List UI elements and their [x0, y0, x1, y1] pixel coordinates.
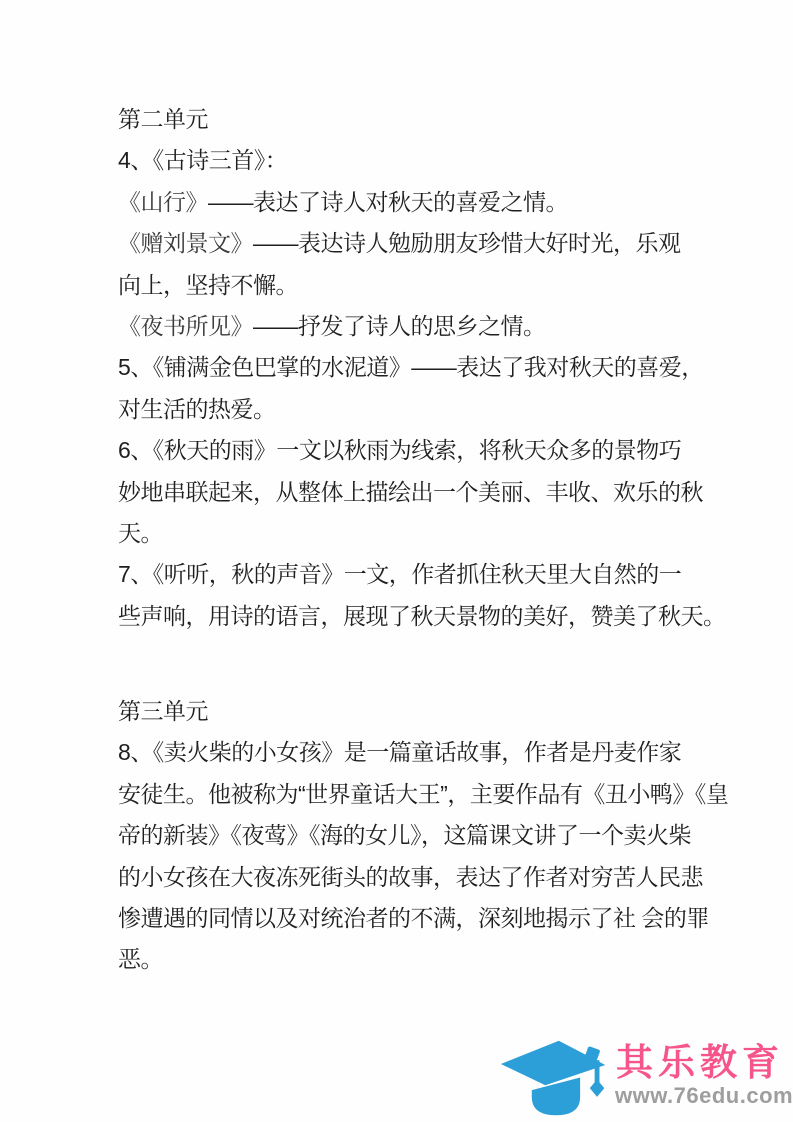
text-line: 对生活的热爱。 [118, 389, 684, 430]
text-line: 的小女孩在大夜冻死街头的故事，表达了作者对穷苦人民悲 [118, 857, 684, 898]
line-text: 天。 [118, 520, 163, 546]
line-text: 7、《听听，秋的声音》一文，作者抓住秋天里大自然的一 [118, 561, 681, 587]
line-text: 的小女孩在大夜冻死街头的故事，表达了作者对穷苦人民悲 [118, 864, 703, 890]
poem-title: 《山行》 [118, 190, 208, 215]
line-text: 8、《卖火柴的小女孩》是一篇童话故事，作者是丹麦作家 [118, 739, 681, 765]
line-text: 帝的新装》《夜莺》《海的女儿》，这篇课文讲了一个卖火柴 [118, 822, 691, 848]
unit2-section: 第二单元 4、《古诗三首》： 《山行》——表达了诗人对秋天的喜爱之情。 《赠刘景… [118, 99, 684, 637]
brand-name: 其乐教育 [616, 1044, 784, 1081]
line-text: 向上，坚持不懈。 [118, 272, 298, 298]
unit3-section: 第三单元 8、《卖火柴的小女孩》是一篇童话故事，作者是丹麦作家 安徒生。他被称为… [118, 691, 684, 981]
line-text: ——表达诗人勉励朋友珍惜大好时光，乐观 [253, 230, 681, 256]
unit2-heading: 第二单元 [118, 99, 684, 140]
brand-url: www.76edu.com [615, 1085, 793, 1107]
line-text: 恶。 [118, 946, 163, 972]
line-text: ——表达了诗人对秋天的喜爱之情。 [208, 189, 568, 215]
text-line: 《赠刘景文》——表达诗人勉励朋友珍惜大好时光，乐观 [118, 223, 684, 264]
line-text: 对生活的热爱。 [118, 396, 276, 422]
text-line: 惨遭遇的同情以及对统治者的不满，深刻地揭示了社 会的罪 [118, 898, 684, 939]
text-line: 7、《听听，秋的声音》一文，作者抓住秋天里大自然的一 [118, 554, 684, 595]
line-text: ——抒发了诗人的思乡之情。 [253, 313, 546, 339]
text-line: 帝的新装》《夜莺》《海的女儿》，这篇课文讲了一个卖火柴 [118, 815, 684, 856]
graduation-cap-icon [495, 1035, 615, 1122]
line-text: 5、《铺满金色巴掌的水泥道》——表达了我对秋天的喜爱， [118, 354, 704, 380]
text-line: 些声响，用诗的语言，展现了秋天景物的美好，赞美了秋天。 [118, 596, 684, 637]
document-page: 第二单元 4、《古诗三首》： 《山行》——表达了诗人对秋天的喜爱之情。 《赠刘景… [0, 0, 793, 1122]
text-line: 6、《秋天的雨》一文以秋雨为线索，将秋天众多的景物巧 [118, 430, 684, 471]
text-line: 妙地串联起来，从整体上描绘出一个美丽、丰收、欢乐的秋 [118, 472, 684, 513]
line-text: 些声响，用诗的语言，展现了秋天景物的美好，赞美了秋天。 [118, 603, 726, 629]
line-text: 妙地串联起来，从整体上描绘出一个美丽、丰收、欢乐的秋 [118, 479, 703, 505]
poem-title: 《夜书所见》 [118, 314, 253, 339]
line-text: 4、《古诗三首》： [118, 147, 287, 173]
unit3-heading: 第三单元 [118, 691, 684, 732]
line-text: 安徒生。他被称为“世界童话大王”，主要作品有《丑小鸭》《皇 [118, 781, 728, 807]
text-line: 8、《卖火柴的小女孩》是一篇童话故事，作者是丹麦作家 [118, 732, 684, 773]
text-line: 恶。 [118, 939, 684, 980]
line-text: 6、《秋天的雨》一文以秋雨为线索，将秋天众多的景物巧 [118, 437, 681, 463]
text-line: 安徒生。他被称为“世界童话大王”，主要作品有《丑小鸭》《皇 [118, 774, 684, 815]
text-line: 《山行》——表达了诗人对秋天的喜爱之情。 [118, 182, 684, 223]
brand-logo: 其乐教育 www.76edu.com [495, 1035, 793, 1122]
poem-title: 《赠刘景文》 [118, 231, 253, 256]
text-line: 向上，坚持不懈。 [118, 265, 684, 306]
text-line: 4、《古诗三首》： [118, 140, 684, 181]
line-text: 惨遭遇的同情以及对统治者的不满，深刻地揭示了社 会的罪 [118, 905, 709, 931]
text-line: 《夜书所见》——抒发了诗人的思乡之情。 [118, 306, 684, 347]
text-line: 5、《铺满金色巴掌的水泥道》——表达了我对秋天的喜爱， [118, 347, 684, 388]
text-line: 天。 [118, 513, 684, 554]
